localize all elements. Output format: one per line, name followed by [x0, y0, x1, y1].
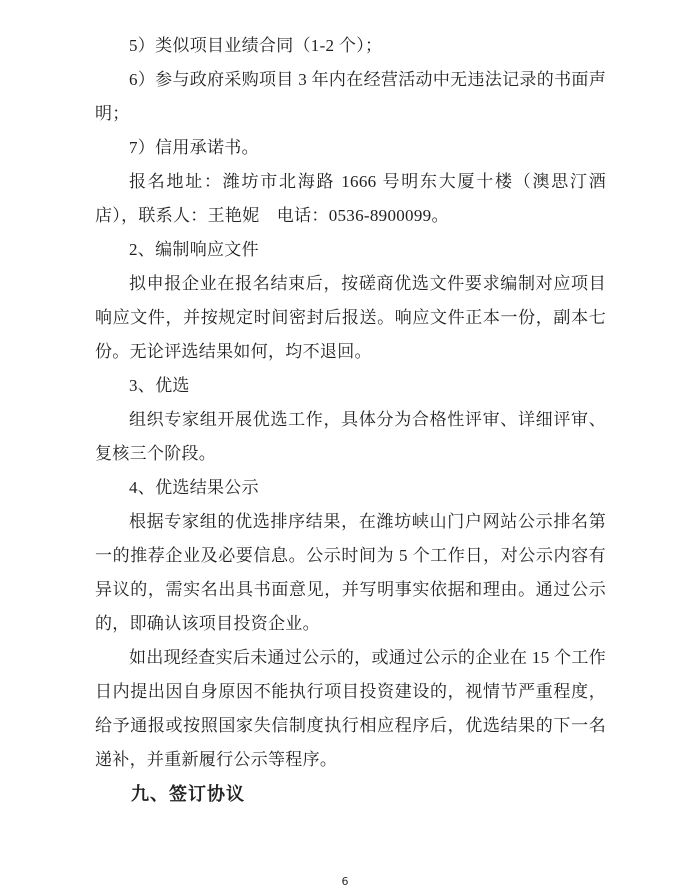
paragraph-list-item-6: 6）参与政府采购项目 3 年内在经营活动中无违法记录的书面声明； — [95, 63, 606, 131]
paragraph-list-item-7: 7）信用承诺书。 — [95, 131, 606, 165]
document-body: 5）类似项目业绩合同（1-2 个）； 6）参与政府采购项目 3 年内在经营活动中… — [95, 29, 606, 811]
section-heading-sign-agreement: 九、签订协议 — [95, 777, 606, 811]
paragraph-numbered-item-4: 4、优选结果公示 — [95, 471, 606, 505]
paragraph-response-documents: 拟申报企业在报名结束后，按磋商优选文件要求编制对应项目响应文件，并按规定时间密封… — [95, 267, 606, 369]
page-number: 6 — [0, 875, 690, 888]
paragraph-list-item-5: 5）类似项目业绩合同（1-2 个）； — [95, 29, 606, 63]
document-page: 5）类似项目业绩合同（1-2 个）； 6）参与政府采购项目 3 年内在经营活动中… — [0, 0, 690, 896]
paragraph-numbered-item-2: 2、编制响应文件 — [95, 233, 606, 267]
paragraph-numbered-item-3: 3、优选 — [95, 369, 606, 403]
paragraph-registration-address: 报名地址：潍坊市北海路 1666 号明东大厦十楼（澳思汀酒店），联系人：王艳妮 … — [95, 165, 606, 233]
paragraph-publicity-result: 根据专家组的优选排序结果，在潍坊峡山门户网站公示排名第一的推荐企业及必要信息。公… — [95, 505, 606, 641]
paragraph-expert-review: 组织专家组开展优选工作，具体分为合格性评审、详细评审、复核三个阶段。 — [95, 403, 606, 471]
paragraph-failure-handling: 如出现经查实后未通过公示的，或通过公示的企业在 15 个工作日内提出因自身原因不… — [95, 641, 606, 777]
